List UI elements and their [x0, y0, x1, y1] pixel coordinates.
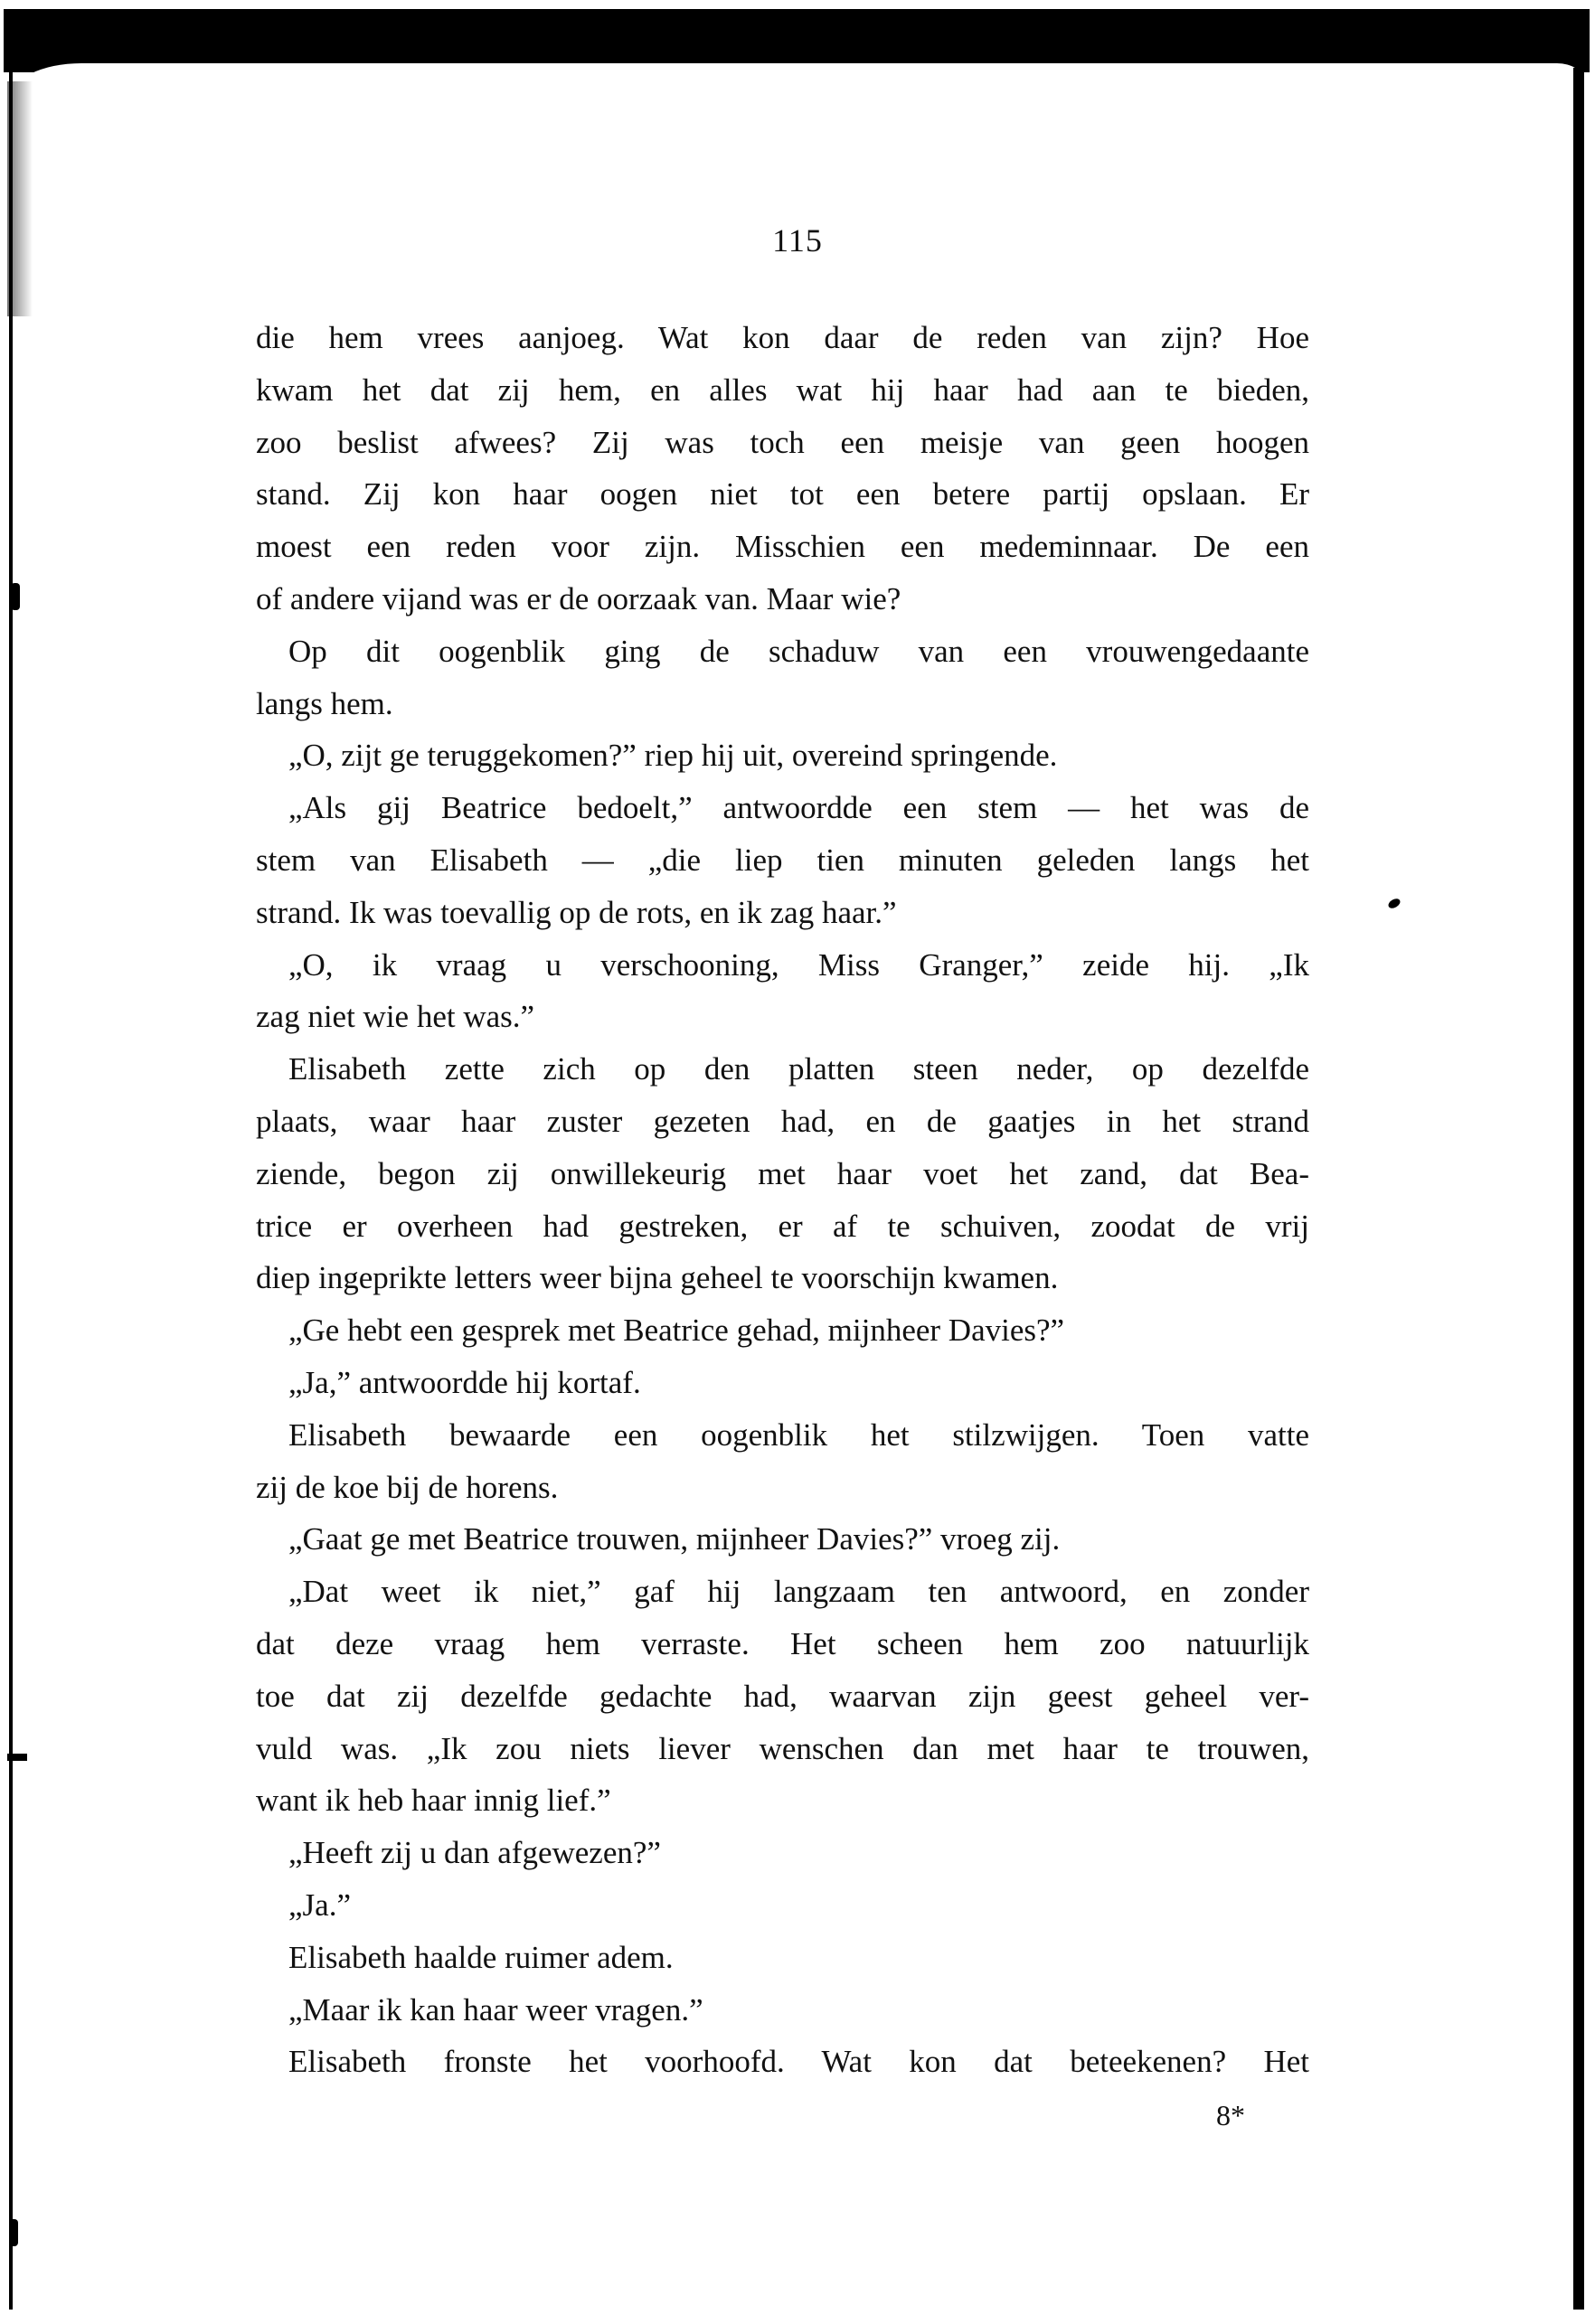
paragraph-first-line: „Ge hebt een gesprek met Beatrice gehad,…: [256, 1304, 1309, 1357]
signature-mark: 8*: [1216, 2099, 1245, 2132]
text-line: die hem vrees aanjoeg. Wat kon daar de r…: [256, 312, 1309, 364]
text-line: dat deze vraag hem verraste. Het scheen …: [256, 1618, 1309, 1670]
paragraph-first-line: „Dat weet ik niet,” gaf hij langzaam ten…: [256, 1566, 1309, 1618]
text-line: kwam het dat zij hem, en alles wat hij h…: [256, 364, 1309, 417]
paragraph-first-line: „Gaat ge met Beatrice trouwen, mijnheer …: [256, 1513, 1309, 1566]
text-line: toe dat zij dezelfde gedachte had, waarv…: [256, 1670, 1309, 1723]
margin-mark: [9, 2219, 18, 2246]
text-line: stand. Zij kon haar oogen niet tot een b…: [256, 468, 1309, 521]
body-text: die hem vrees aanjoeg. Wat kon daar de r…: [256, 312, 1309, 2088]
paragraph-first-line: „Ja,” antwoordde hij kortaf.: [256, 1357, 1309, 1409]
paragraph-first-line: „Als gij Beatrice bedoelt,” antwoordde e…: [256, 782, 1309, 834]
ink-speck: [1387, 897, 1402, 910]
paragraph-first-line: Elisabeth fronste het voorhoofd. Wat kon…: [256, 2036, 1309, 2088]
paragraph-first-line: Op dit oogenblik ging de schaduw van een…: [256, 626, 1309, 678]
text-line: zag niet wie het was.”: [256, 991, 1309, 1043]
text-line: want ik heb haar innig lief.”: [256, 1774, 1309, 1827]
page-top-edge: [9, 63, 1584, 99]
text-line: langs hem.: [256, 678, 1309, 730]
text-line: diep ingeprikte letters weer bijna gehee…: [256, 1252, 1309, 1304]
text-line: zij de koe bij de horens.: [256, 1462, 1309, 1514]
paragraph-first-line: „O, zijt ge teruggekomen?” riep hij uit,…: [256, 729, 1309, 782]
paragraph-first-line: „Heeft zij u dan afgewezen?”: [256, 1827, 1309, 1879]
margin-mark: [11, 583, 20, 610]
paragraph-first-line: Elisabeth bewaarde een oogenblik het sti…: [256, 1409, 1309, 1462]
text-line: strand. Ik was toevallig op de rots, en …: [256, 887, 1309, 939]
paragraph-first-line: „Ja.”: [256, 1879, 1309, 1932]
text-line: vuld was. „Ik zou niets liever wenschen …: [256, 1723, 1309, 1775]
scan-right-border: [1573, 68, 1584, 2310]
text-line: stem van Elisabeth — „die liep tien minu…: [256, 834, 1309, 887]
paragraph-first-line: „O, ik vraag u verschooning, Miss Grange…: [256, 939, 1309, 992]
paragraph-first-line: Elisabeth zette zich op den platten stee…: [256, 1043, 1309, 1096]
paragraph-first-line: Elisabeth haalde ruimer adem.: [256, 1932, 1309, 1984]
text-line: trice er overheen had gestreken, er af t…: [256, 1200, 1309, 1253]
text-line: of andere vijand was er de oorzaak van. …: [256, 573, 1309, 626]
scan-left-border: [9, 72, 13, 2310]
paragraph-first-line: „Maar ik kan haar weer vragen.”: [256, 1984, 1309, 2037]
page-number: 115: [0, 221, 1595, 259]
text-line: plaats, waar haar zuster gezeten had, en…: [256, 1096, 1309, 1148]
text-line: ziende, begon zij onwillekeurig met haar…: [256, 1148, 1309, 1200]
text-line: zoo beslist afwees? Zij was toch een mei…: [256, 417, 1309, 469]
text-line: moest een reden voor zijn. Misschien een…: [256, 521, 1309, 573]
margin-mark: [7, 1754, 27, 1761]
